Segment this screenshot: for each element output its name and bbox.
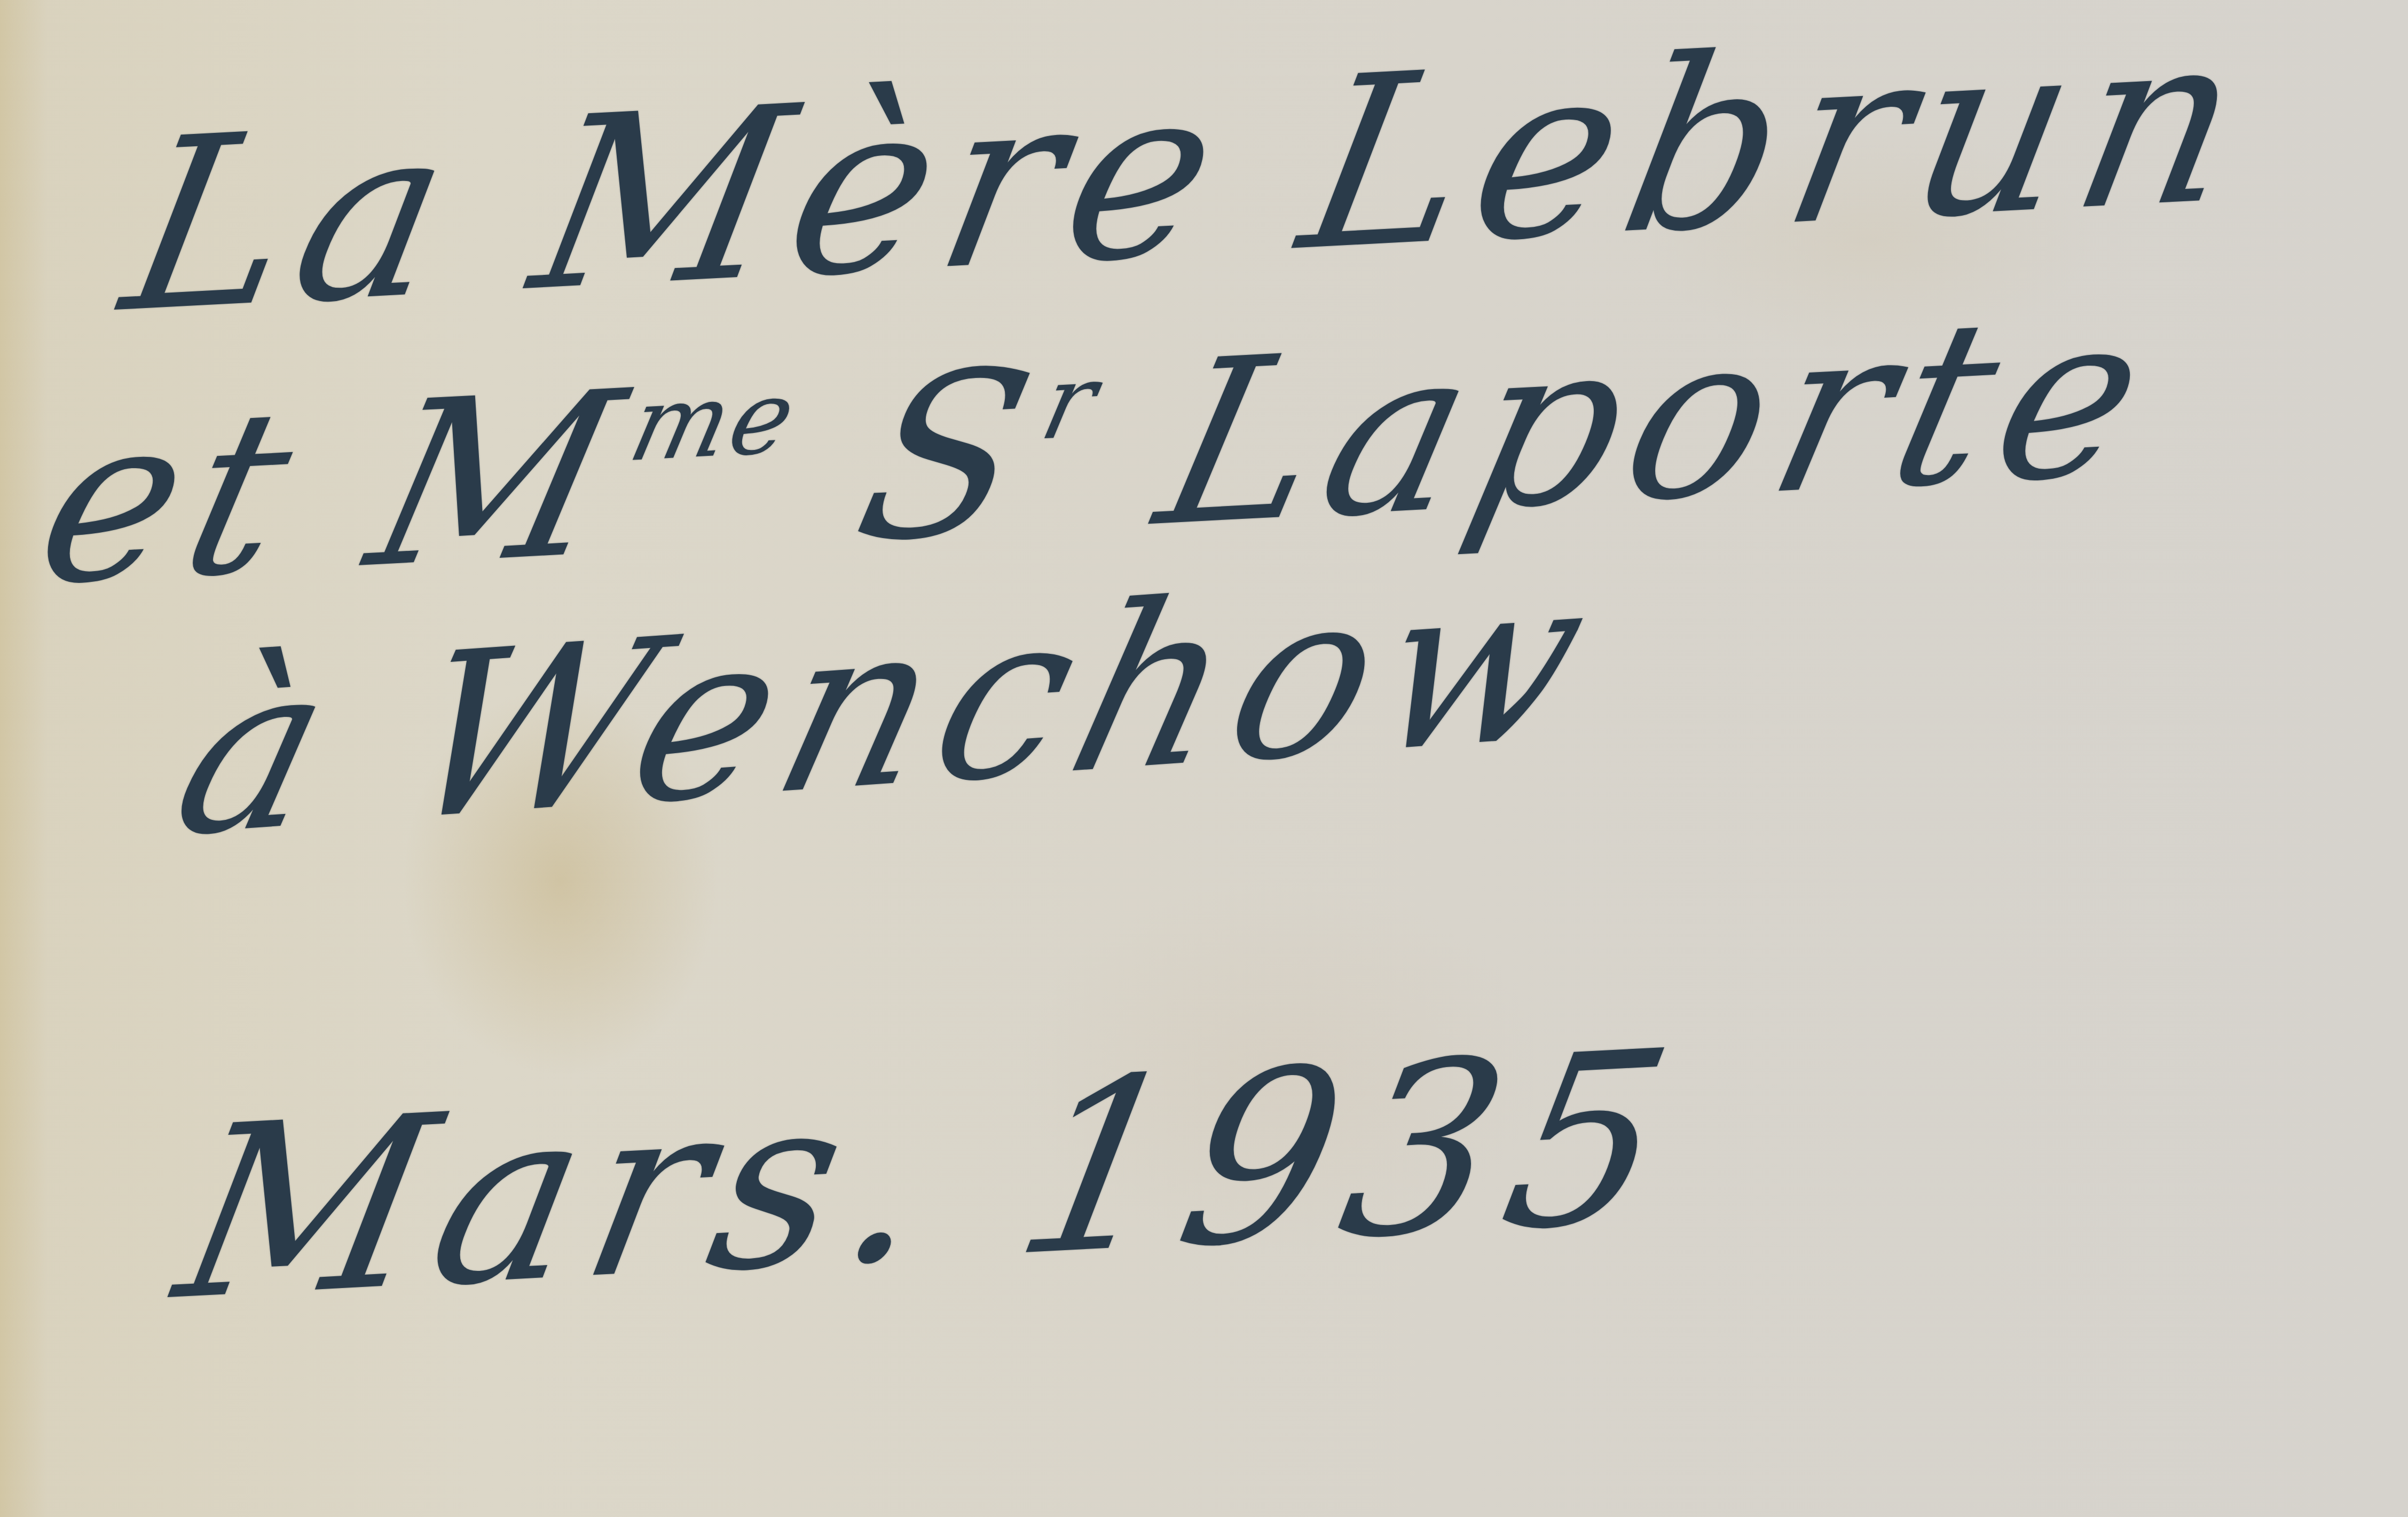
line-2-prefix: et M — [18, 342, 653, 636]
aged-paper-background: La Mère Lebrun et Mme Sr Laporte à Wench… — [0, 0, 2408, 1517]
paper-stain — [0, 0, 48, 1517]
date-text: Mars. 1935 — [160, 999, 1701, 1353]
inscription-date: Mars. 1935 — [160, 999, 1701, 1353]
line-2-superscript-me: me — [620, 357, 809, 485]
